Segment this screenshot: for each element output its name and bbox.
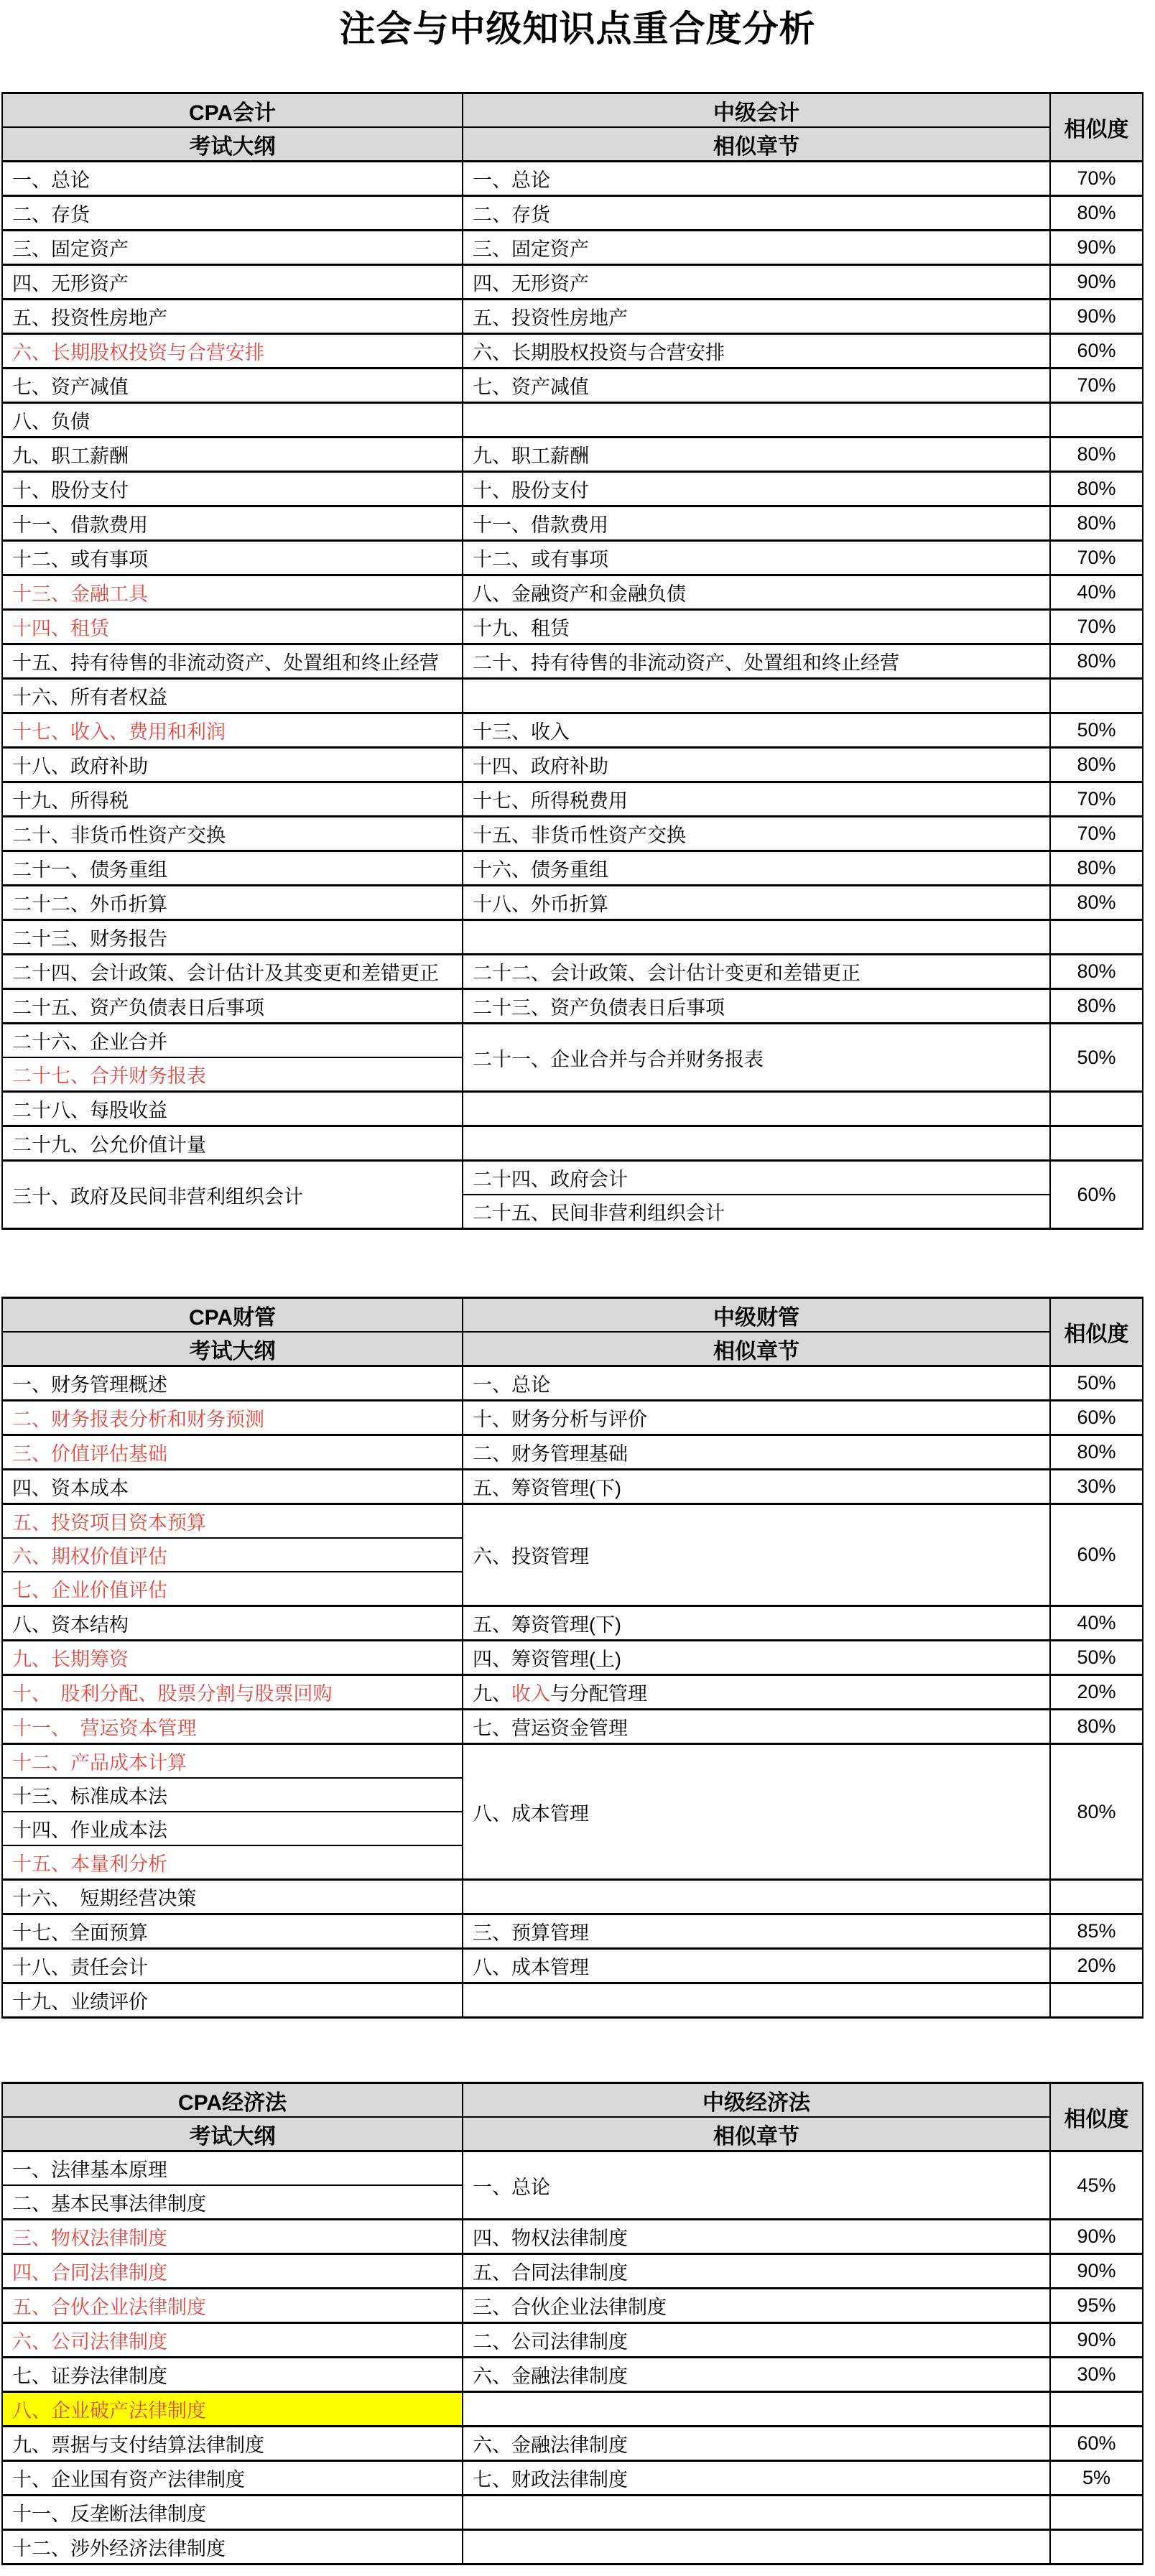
page-title: 注会与中级知识点重合度分析 — [0, 0, 1155, 49]
mid-chapter-cell: 一、总论 — [463, 162, 1050, 196]
similarity-cell: 45% — [1050, 2151, 1143, 2220]
mid-chapter-cell: 十、财务分析与评价 — [463, 1401, 1050, 1435]
similarity-cell — [1050, 403, 1143, 437]
mid-chapter-cell: 三、预算管理 — [463, 1914, 1050, 1949]
table-row: 四、无形资产四、无形资产90% — [2, 265, 1143, 300]
cpa-chapter-cell: 二十七、合并财务报表 — [2, 1057, 463, 1092]
cpa-chapter-cell: 十二、或有事项 — [2, 541, 463, 575]
similarity-cell: 70% — [1050, 369, 1143, 403]
mid-chapter-cell: 四、筹资管理(上) — [463, 1641, 1050, 1675]
cpa-chapter-cell: 四、合同法律制度 — [2, 2254, 463, 2289]
header-mid-law: 中级经济法 — [463, 2083, 1050, 2118]
cpa-chapter-cell: 二十、非货币性资产交换 — [2, 817, 463, 851]
similarity-cell: 80% — [1050, 748, 1143, 782]
table-row: 二十、非货币性资产交换十五、非货币性资产交换70% — [2, 817, 1143, 851]
cpa-chapter-cell: 十、 股利分配、股票分割与股票回购 — [2, 1675, 463, 1710]
mid-chapter-cell — [463, 403, 1050, 437]
mid-chapter-cell: 十九、租赁 — [463, 610, 1050, 644]
table-row: 三、固定资产三、固定资产90% — [2, 231, 1143, 265]
similarity-cell — [1050, 1983, 1143, 2018]
cpa-chapter-cell: 三、固定资产 — [2, 231, 463, 265]
similarity-cell: 70% — [1050, 541, 1143, 575]
cpa-chapter-cell: 三、物权法律制度 — [2, 2220, 463, 2254]
similarity-cell: 20% — [1050, 1949, 1143, 1983]
table-row: 五、合伙企业法律制度三、合伙企业法律制度95% — [2, 2289, 1143, 2323]
cpa-chapter-cell: 十二、涉外经济法律制度 — [2, 2530, 463, 2565]
similarity-cell: 80% — [1050, 644, 1143, 679]
table-row: 二十九、公允价值计量 — [2, 1126, 1143, 1161]
table-row: 一、财务管理概述一、总论50% — [2, 1366, 1143, 1401]
cpa-chapter-cell: 十六、 短期经营决策 — [2, 1880, 463, 1914]
header-similar-chapters: 相似章节 — [463, 2117, 1050, 2151]
mid-chapter-cell: 四、物权法律制度 — [463, 2220, 1050, 2254]
similarity-cell — [1050, 679, 1143, 713]
mid-chapter-cell: 八、成本管理 — [463, 1744, 1050, 1880]
cpa-chapter-cell: 十一、借款费用 — [2, 506, 463, 541]
cpa-chapter-cell: 九、长期筹资 — [2, 1641, 463, 1675]
similarity-cell: 60% — [1050, 1504, 1143, 1606]
mid-chapter-cell: 三、合伙企业法律制度 — [463, 2289, 1050, 2323]
red-highlight-text: 收入 — [511, 1683, 550, 1705]
table-row: 八、资本结构五、筹资管理(下)40% — [2, 1606, 1143, 1641]
table-row: 九、长期筹资四、筹资管理(上)50% — [2, 1641, 1143, 1675]
mid-chapter-cell: 十七、所得税费用 — [463, 782, 1050, 817]
table-row: 一、法律基本原理一、总论45% — [2, 2151, 1143, 2186]
cpa-chapter-cell: 十九、所得税 — [2, 782, 463, 817]
table-row: 十一、 营运资本管理七、营运资金管理80% — [2, 1710, 1143, 1744]
table-row: 五、投资项目资本预算六、投资管理60% — [2, 1504, 1143, 1539]
table-row: 四、资本成本五、筹资管理(下)30% — [2, 1470, 1143, 1504]
similarity-cell: 80% — [1050, 989, 1143, 1024]
cpa-chapter-cell: 三十、政府及民间非营利组织会计 — [2, 1161, 463, 1229]
mid-chapter-cell: 七、财政法律制度 — [463, 2461, 1050, 2496]
mid-chapter-cell: 六、投资管理 — [463, 1504, 1050, 1606]
cpa-chapter-cell: 二、财务报表分析和财务预测 — [2, 1401, 463, 1435]
similarity-cell: 80% — [1050, 1710, 1143, 1744]
table-row: 一、总论一、总论70% — [2, 162, 1143, 196]
table-row: 二、存货二、存货80% — [2, 196, 1143, 231]
cpa-chapter-cell: 八、企业破产法律制度 — [2, 2392, 463, 2427]
table-row: 二十六、企业合并二十一、企业合并与合并财务报表50% — [2, 1024, 1143, 1058]
cpa-chapter-cell: 十五、持有待售的非流动资产、处置组和终止经营 — [2, 644, 463, 679]
mid-chapter-cell — [463, 2530, 1050, 2565]
similarity-cell — [1050, 2392, 1143, 2427]
mid-chapter-cell: 二十、持有待售的非流动资产、处置组和终止经营 — [463, 644, 1050, 679]
mid-chapter-cell: 二十三、资产负债表日后事项 — [463, 989, 1050, 1024]
table-row: 十七、全面预算三、预算管理85% — [2, 1914, 1143, 1949]
cpa-chapter-cell: 十七、收入、费用和利润 — [2, 713, 463, 748]
cpa-chapter-cell: 五、投资项目资本预算 — [2, 1504, 463, 1539]
mid-chapter-cell: 五、筹资管理(下) — [463, 1470, 1050, 1504]
header-similarity: 相似度 — [1050, 1298, 1143, 1366]
cpa-chapter-cell: 二十三、财务报告 — [2, 920, 463, 955]
mid-chapter-cell: 七、营运资金管理 — [463, 1710, 1050, 1744]
cpa-chapter-cell: 十三、金融工具 — [2, 575, 463, 610]
cpa-chapter-cell: 六、公司法律制度 — [2, 2323, 463, 2358]
similarity-cell: 80% — [1050, 955, 1143, 989]
table-row: 十五、持有待售的非流动资产、处置组和终止经营二十、持有待售的非流动资产、处置组和… — [2, 644, 1143, 679]
cpa-chapter-cell: 一、财务管理概述 — [2, 1366, 463, 1401]
table-header-row: CPA财管 中级财管 相似度 — [2, 1298, 1143, 1333]
table-row: 四、合同法律制度五、合同法律制度90% — [2, 2254, 1143, 2289]
similarity-cell: 80% — [1050, 851, 1143, 886]
table-body-accounting: 一、总论一、总论70%二、存货二、存货80%三、固定资产三、固定资产90%四、无… — [2, 162, 1143, 1229]
mid-chapter-cell: 二十五、民间非营利组织会计 — [463, 1195, 1050, 1229]
table-row: 十一、反垄断法律制度 — [2, 2496, 1143, 2530]
mid-chapter-cell: 九、收入与分配管理 — [463, 1675, 1050, 1710]
table-row: 七、证券法律制度六、金融法律制度30% — [2, 2358, 1143, 2392]
mid-chapter-cell — [463, 2496, 1050, 2530]
mid-chapter-cell — [463, 679, 1050, 713]
table-row: 五、投资性房地产五、投资性房地产90% — [2, 300, 1143, 334]
cpa-chapter-cell: 十五、本量利分析 — [2, 1845, 463, 1880]
similarity-cell — [1050, 1092, 1143, 1126]
similarity-cell: 70% — [1050, 817, 1143, 851]
cpa-chapter-cell: 八、负债 — [2, 403, 463, 437]
mid-chapter-cell: 十五、非货币性资产交换 — [463, 817, 1050, 851]
mid-chapter-cell — [463, 1880, 1050, 1914]
header-similarity: 相似度 — [1050, 2083, 1143, 2151]
table-row: 十八、政府补助十四、政府补助80% — [2, 748, 1143, 782]
table-header-row: CPA会计 中级会计 相似度 — [2, 93, 1143, 128]
cpa-chapter-cell: 十一、 营运资本管理 — [2, 1710, 463, 1744]
table-row: 十六、 短期经营决策 — [2, 1880, 1143, 1914]
similarity-cell: 80% — [1050, 886, 1143, 920]
cpa-chapter-cell: 十四、租赁 — [2, 610, 463, 644]
mid-chapter-cell: 七、资产减值 — [463, 369, 1050, 403]
similarity-cell: 30% — [1050, 2358, 1143, 2392]
table-row: 二十四、会计政策、会计估计及其变更和差错更正二十二、会计政策、会计估计变更和差错… — [2, 955, 1143, 989]
similarity-cell: 90% — [1050, 265, 1143, 300]
table-row: 二十二、外币折算十八、外币折算80% — [2, 886, 1143, 920]
table-body-law: 一、法律基本原理一、总论45%二、基本民事法律制度三、物权法律制度四、物权法律制… — [2, 2151, 1143, 2565]
mid-chapter-cell: 六、长期股权投资与合营安排 — [463, 334, 1050, 369]
similarity-cell: 90% — [1050, 2220, 1143, 2254]
header-similar-chapters: 相似章节 — [463, 127, 1050, 162]
similarity-cell: 60% — [1050, 2427, 1143, 2461]
similarity-cell: 50% — [1050, 1641, 1143, 1675]
mid-chapter-cell: 十四、政府补助 — [463, 748, 1050, 782]
cpa-chapter-cell: 十八、责任会计 — [2, 1949, 463, 1983]
table-row: 六、公司法律制度二、公司法律制度90% — [2, 2323, 1143, 2358]
table-row: 十九、业绩评价 — [2, 1983, 1143, 2018]
cpa-chapter-cell: 二、存货 — [2, 196, 463, 231]
similarity-cell — [1050, 2496, 1143, 2530]
cpa-chapter-cell: 一、法律基本原理 — [2, 2151, 463, 2186]
similarity-cell: 90% — [1050, 2254, 1143, 2289]
table-row: 十七、收入、费用和利润十三、收入50% — [2, 713, 1143, 748]
similarity-cell: 50% — [1050, 1024, 1143, 1092]
mid-chapter-cell: 十二、或有事项 — [463, 541, 1050, 575]
similarity-cell: 85% — [1050, 1914, 1143, 1949]
similarity-cell: 90% — [1050, 2323, 1143, 2358]
table-law: CPA经济法 中级经济法 相似度 考试大纲 相似章节 一、法律基本原理一、总论4… — [1, 2082, 1144, 2565]
cpa-chapter-cell: 二十八、每股收益 — [2, 1092, 463, 1126]
mid-chapter-cell: 一、总论 — [463, 1366, 1050, 1401]
mid-chapter-cell: 十、股份支付 — [463, 472, 1050, 506]
similarity-cell — [1050, 1880, 1143, 1914]
header-mid-finance: 中级财管 — [463, 1298, 1050, 1333]
mid-chapter-cell: 一、总论 — [463, 2151, 1050, 2220]
mid-chapter-cell: 四、无形资产 — [463, 265, 1050, 300]
cpa-chapter-cell: 十七、全面预算 — [2, 1914, 463, 1949]
table-row: 二十一、债务重组十六、债务重组80% — [2, 851, 1143, 886]
cpa-chapter-cell: 七、企业价值评估 — [2, 1572, 463, 1606]
similarity-cell: 95% — [1050, 2289, 1143, 2323]
table-row: 十四、租赁十九、租赁70% — [2, 610, 1143, 644]
mid-chapter-cell — [463, 1092, 1050, 1126]
mid-chapter-cell: 六、金融法律制度 — [463, 2358, 1050, 2392]
table-body-finance: 一、财务管理概述一、总论50%二、财务报表分析和财务预测十、财务分析与评价60%… — [2, 1366, 1143, 2018]
cpa-chapter-cell: 二十六、企业合并 — [2, 1024, 463, 1058]
table-row: 二、财务报表分析和财务预测十、财务分析与评价60% — [2, 1401, 1143, 1435]
similarity-cell: 80% — [1050, 506, 1143, 541]
table-row: 十九、所得税十七、所得税费用70% — [2, 782, 1143, 817]
mid-chapter-cell: 二、存货 — [463, 196, 1050, 231]
table-row: 十八、责任会计八、成本管理20% — [2, 1949, 1143, 1983]
header-exam-outline: 考试大纲 — [2, 127, 463, 162]
table-row: 十、 股利分配、股票分割与股票回购九、收入与分配管理20% — [2, 1675, 1143, 1710]
mid-chapter-cell: 十三、收入 — [463, 713, 1050, 748]
table-row: 二十五、资产负债表日后事项二十三、资产负债表日后事项80% — [2, 989, 1143, 1024]
similarity-cell: 80% — [1050, 1744, 1143, 1880]
cpa-chapter-cell: 二十二、外币折算 — [2, 886, 463, 920]
table-subheader-row: 考试大纲 相似章节 — [2, 1332, 1143, 1366]
cpa-chapter-cell: 七、证券法律制度 — [2, 2358, 463, 2392]
cpa-chapter-cell: 九、职工薪酬 — [2, 437, 463, 472]
mid-chapter-cell: 二十二、会计政策、会计估计变更和差错更正 — [463, 955, 1050, 989]
cpa-chapter-cell: 二十九、公允价值计量 — [2, 1126, 463, 1161]
table-accounting: CPA会计 中级会计 相似度 考试大纲 相似章节 一、总论一、总论70%二、存货… — [1, 92, 1144, 1230]
similarity-cell: 30% — [1050, 1470, 1143, 1504]
header-cpa-law: CPA经济法 — [2, 2083, 463, 2118]
mid-chapter-cell — [463, 920, 1050, 955]
table-row: 十二、或有事项十二、或有事项70% — [2, 541, 1143, 575]
similarity-cell: 5% — [1050, 2461, 1143, 2496]
cpa-chapter-cell: 二十一、债务重组 — [2, 851, 463, 886]
similarity-cell: 70% — [1050, 782, 1143, 817]
cpa-chapter-cell: 十三、标准成本法 — [2, 1778, 463, 1812]
header-mid-accounting: 中级会计 — [463, 93, 1050, 128]
mid-chapter-cell: 九、职工薪酬 — [463, 437, 1050, 472]
cpa-chapter-cell: 二十四、会计政策、会计估计及其变更和差错更正 — [2, 955, 463, 989]
similarity-cell: 50% — [1050, 1366, 1143, 1401]
cpa-chapter-cell: 六、长期股权投资与合营安排 — [2, 334, 463, 369]
mid-chapter-cell: 八、金融资产和金融负债 — [463, 575, 1050, 610]
cpa-chapter-cell: 二、基本民事法律制度 — [2, 2185, 463, 2220]
cpa-chapter-cell: 九、票据与支付结算法律制度 — [2, 2427, 463, 2461]
similarity-cell: 60% — [1050, 334, 1143, 369]
plain-text: 九、 — [473, 1683, 511, 1705]
mid-chapter-cell — [463, 1126, 1050, 1161]
mid-chapter-cell: 五、投资性房地产 — [463, 300, 1050, 334]
cpa-chapter-cell: 十六、所有者权益 — [2, 679, 463, 713]
cpa-chapter-cell: 十一、反垄断法律制度 — [2, 2496, 463, 2530]
similarity-cell: 90% — [1050, 231, 1143, 265]
cpa-chapter-cell: 二十五、资产负债表日后事项 — [2, 989, 463, 1024]
header-similar-chapters: 相似章节 — [463, 1332, 1050, 1366]
cpa-chapter-cell: 十九、业绩评价 — [2, 1983, 463, 2018]
header-exam-outline: 考试大纲 — [2, 2117, 463, 2151]
mid-chapter-cell — [463, 1983, 1050, 2018]
table-finance: CPA财管 中级财管 相似度 考试大纲 相似章节 一、财务管理概述一、总论50%… — [1, 1297, 1144, 2019]
similarity-cell: 70% — [1050, 610, 1143, 644]
cpa-chapter-cell: 十、企业国有资产法律制度 — [2, 2461, 463, 2496]
table-row: 九、票据与支付结算法律制度六、金融法律制度60% — [2, 2427, 1143, 2461]
table-row: 三、物权法律制度四、物权法律制度90% — [2, 2220, 1143, 2254]
cpa-chapter-cell: 一、总论 — [2, 162, 463, 196]
header-cpa-finance: CPA财管 — [2, 1298, 463, 1333]
table-row: 十二、涉外经济法律制度 — [2, 2530, 1143, 2565]
cpa-chapter-cell: 十二、产品成本计算 — [2, 1744, 463, 1779]
similarity-cell: 80% — [1050, 1435, 1143, 1470]
table-row: 八、企业破产法律制度 — [2, 2392, 1143, 2427]
plain-text: 与分配管理 — [550, 1683, 647, 1705]
cpa-chapter-cell: 六、期权价值评估 — [2, 1538, 463, 1572]
similarity-cell: 60% — [1050, 1401, 1143, 1435]
mid-chapter-cell: 三、固定资产 — [463, 231, 1050, 265]
similarity-cell: 50% — [1050, 713, 1143, 748]
mid-chapter-cell: 二十四、政府会计 — [463, 1161, 1050, 1195]
cpa-chapter-cell: 四、资本成本 — [2, 1470, 463, 1504]
similarity-cell: 40% — [1050, 1606, 1143, 1641]
similarity-cell — [1050, 2530, 1143, 2565]
cpa-chapter-cell: 七、资产减值 — [2, 369, 463, 403]
similarity-cell: 80% — [1050, 437, 1143, 472]
mid-chapter-cell — [463, 2392, 1050, 2427]
table-row: 二十八、每股收益 — [2, 1092, 1143, 1126]
cpa-chapter-cell: 十、股份支付 — [2, 472, 463, 506]
mid-chapter-cell: 二十一、企业合并与合并财务报表 — [463, 1024, 1050, 1092]
cpa-chapter-cell: 三、价值评估基础 — [2, 1435, 463, 1470]
similarity-cell: 80% — [1050, 472, 1143, 506]
table-row: 十一、借款费用十一、借款费用80% — [2, 506, 1143, 541]
mid-chapter-cell: 十八、外币折算 — [463, 886, 1050, 920]
similarity-cell: 70% — [1050, 162, 1143, 196]
similarity-cell: 90% — [1050, 300, 1143, 334]
table-row: 九、职工薪酬九、职工薪酬80% — [2, 437, 1143, 472]
similarity-cell — [1050, 1126, 1143, 1161]
table-row: 七、资产减值七、资产减值70% — [2, 369, 1143, 403]
table-subheader-row: 考试大纲 相似章节 — [2, 2117, 1143, 2151]
mid-chapter-cell: 五、筹资管理(下) — [463, 1606, 1050, 1641]
similarity-cell: 60% — [1050, 1161, 1143, 1229]
similarity-cell: 80% — [1050, 196, 1143, 231]
table-row: 三十、政府及民间非营利组织会计二十四、政府会计60% — [2, 1161, 1143, 1195]
header-similarity: 相似度 — [1050, 93, 1143, 162]
table-row: 十三、金融工具八、金融资产和金融负债40% — [2, 575, 1143, 610]
cpa-chapter-cell: 五、合伙企业法律制度 — [2, 2289, 463, 2323]
cpa-chapter-cell: 十四、作业成本法 — [2, 1812, 463, 1845]
table-row: 三、价值评估基础二、财务管理基础80% — [2, 1435, 1143, 1470]
table-subheader-row: 考试大纲 相似章节 — [2, 127, 1143, 162]
mid-chapter-cell: 十一、借款费用 — [463, 506, 1050, 541]
table-row: 八、负债 — [2, 403, 1143, 437]
table-row: 六、长期股权投资与合营安排六、长期股权投资与合营安排60% — [2, 334, 1143, 369]
similarity-cell: 40% — [1050, 575, 1143, 610]
mid-chapter-cell: 二、财务管理基础 — [463, 1435, 1050, 1470]
table-header-row: CPA经济法 中级经济法 相似度 — [2, 2083, 1143, 2118]
cpa-chapter-cell: 十八、政府补助 — [2, 748, 463, 782]
mid-chapter-cell: 十六、债务重组 — [463, 851, 1050, 886]
table-row: 十六、所有者权益 — [2, 679, 1143, 713]
header-cpa-accounting: CPA会计 — [2, 93, 463, 128]
cpa-chapter-cell: 八、资本结构 — [2, 1606, 463, 1641]
table-row: 十二、产品成本计算八、成本管理80% — [2, 1744, 1143, 1779]
similarity-cell: 20% — [1050, 1675, 1143, 1710]
table-row: 十、股份支付十、股份支付80% — [2, 472, 1143, 506]
cpa-chapter-cell: 五、投资性房地产 — [2, 300, 463, 334]
similarity-cell — [1050, 920, 1143, 955]
mid-chapter-cell: 二、公司法律制度 — [463, 2323, 1050, 2358]
table-row: 二十三、财务报告 — [2, 920, 1143, 955]
table-row: 十、企业国有资产法律制度七、财政法律制度5% — [2, 2461, 1143, 2496]
mid-chapter-cell: 六、金融法律制度 — [463, 2427, 1050, 2461]
cpa-chapter-cell: 四、无形资产 — [2, 265, 463, 300]
mid-chapter-cell: 五、合同法律制度 — [463, 2254, 1050, 2289]
mid-chapter-cell: 八、成本管理 — [463, 1949, 1050, 1983]
header-exam-outline: 考试大纲 — [2, 1332, 463, 1366]
